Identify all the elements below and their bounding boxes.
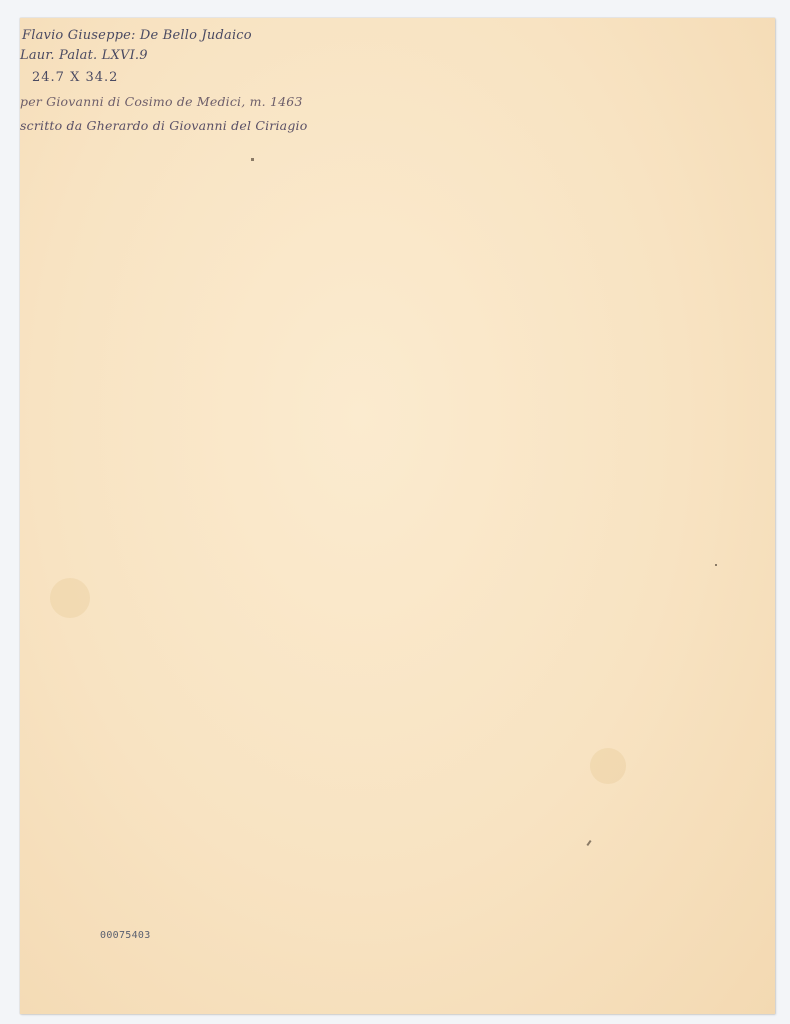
stain [590, 748, 626, 784]
inventory-number: 00075403 [100, 930, 151, 941]
speck [251, 158, 254, 161]
annotation-title: Flavio Giuseppe: De Bello Judaico [22, 28, 252, 43]
annotation-dimensions: 24.7 X 34.2 [32, 70, 118, 85]
annotation-patron: per Giovanni di Cosimo de Medici, m. 146… [20, 94, 303, 109]
speck [715, 564, 717, 566]
annotation-scribe: scritto da Gherardo di Giovanni del Ciri… [20, 118, 307, 133]
paper-sheet: Flavio Giuseppe: De Bello Judaico Laur. … [20, 18, 775, 1014]
annotation-shelfmark: Laur. Palat. LXVI.9 [20, 48, 148, 63]
stain [50, 578, 90, 618]
speck [586, 840, 591, 846]
